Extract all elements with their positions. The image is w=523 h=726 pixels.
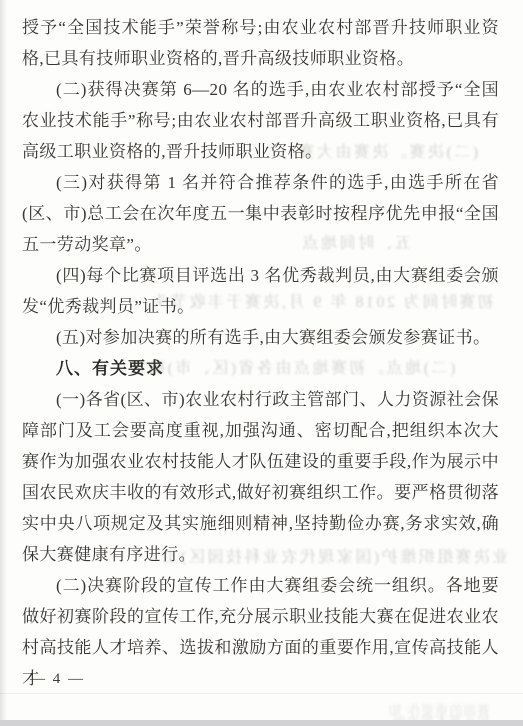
ink-bleed-artifact: 赛面的重要作 知 <box>388 700 490 719</box>
paragraph: (二)决赛阶段的宣传工作由大赛组委会统一组织。各地要做好初赛阶段的宣传工作,充分… <box>22 570 499 694</box>
document-text-block: 授予“全国技术能手”荣誉称号;由农业农村部晋升技师职业资格,已具有技师职业资格的… <box>22 12 499 694</box>
page-number: — 4 — <box>30 671 85 688</box>
paragraph: (四)每个比赛项目评选出 3 名优秀裁判员,由大赛组委会颁发“优秀裁判员”证书。 <box>22 260 499 322</box>
scanned-document-page: 授予“全国技术能手”荣誉称号;由农业农村部晋升技师职业资格,已具有技师职业资格的… <box>0 0 523 726</box>
scanner-edge-band <box>0 720 523 726</box>
ink-bleed-artifact: 知头赛本把也面 <box>392 711 490 726</box>
paragraph: 授予“全国技术能手”荣誉称号;由农业农村部晋升技师职业资格,已具有技师职业资格的… <box>22 12 499 74</box>
paragraph: (五)对参加决赛的所有选手,由大赛组委会颁发参赛证书。 <box>22 322 499 353</box>
paragraph: (一)各省(区、市)农业农村行政主管部门、人力资源社会保障部门及工会要高度重视,… <box>22 384 499 570</box>
paragraph: (三)对获得第 1 名并符合推荐条件的选手,由选手所在省(区、市)总工会在次年度… <box>22 167 499 260</box>
paragraph: (二)获得决赛第 6—20 名的选手,由农业农村部授予“全国农业技术能手”称号;… <box>22 74 499 167</box>
section-heading: 八、有关要求 <box>22 353 499 384</box>
